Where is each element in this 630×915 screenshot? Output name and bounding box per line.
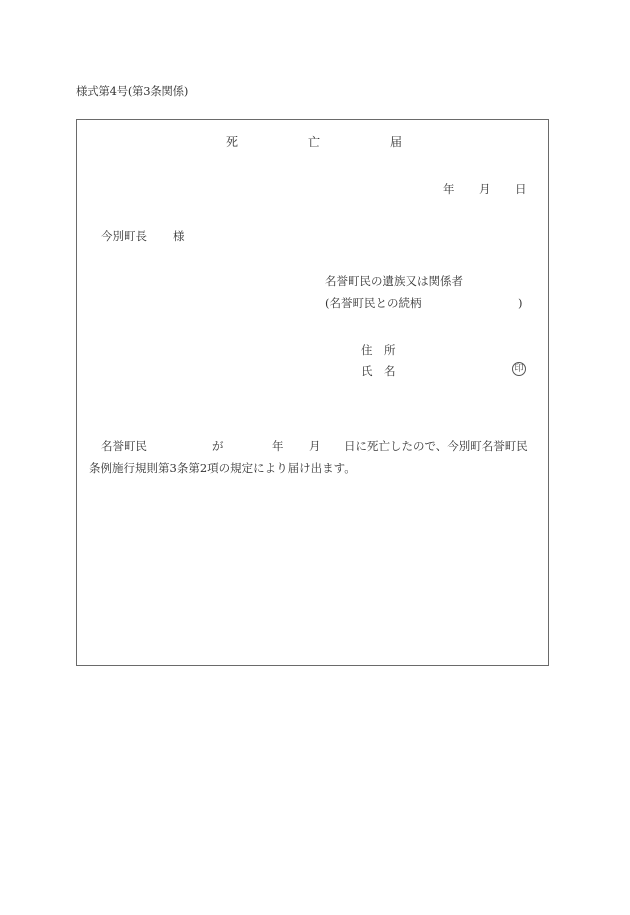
addressee-name: 今別町長 xyxy=(101,231,147,243)
death-notification-form xyxy=(76,119,549,666)
addressee-honorific: 様 xyxy=(173,231,185,243)
address-label-char-1: 住 xyxy=(361,345,373,357)
form-title-char-1: 死 xyxy=(226,136,238,148)
date-day-label: 日 xyxy=(515,184,527,196)
seal-stamp-icon: 印 xyxy=(512,362,526,376)
relationship-field-close-paren: ) xyxy=(518,298,523,310)
form-number-label: 様式第4号(第3条関係) xyxy=(76,86,188,98)
form-title-char-2: 亡 xyxy=(308,136,320,148)
name-label-char-2: 名 xyxy=(384,366,396,378)
date-month-label: 月 xyxy=(479,184,491,196)
relationship-field-label: (名誉町民との続柄 xyxy=(325,298,422,310)
address-label-char-2: 所 xyxy=(384,345,396,357)
body-deceased-label: 名誉町民 xyxy=(101,441,147,453)
date-year-label: 年 xyxy=(443,184,455,196)
body-statement-line2: 条例施行規則第3条第2項の規定により届け出ます。 xyxy=(89,463,356,475)
body-year-label: 年 xyxy=(272,441,284,453)
name-label-char-1: 氏 xyxy=(361,366,373,378)
form-title-char-3: 届 xyxy=(390,136,402,148)
body-month-label: 月 xyxy=(309,441,321,453)
body-particle-ga: が xyxy=(212,441,224,453)
body-statement-line1: 日に死亡したので、今別町名誉町民 xyxy=(344,441,528,453)
applicant-relation-heading: 名誉町民の遺族又は関係者 xyxy=(325,276,463,288)
